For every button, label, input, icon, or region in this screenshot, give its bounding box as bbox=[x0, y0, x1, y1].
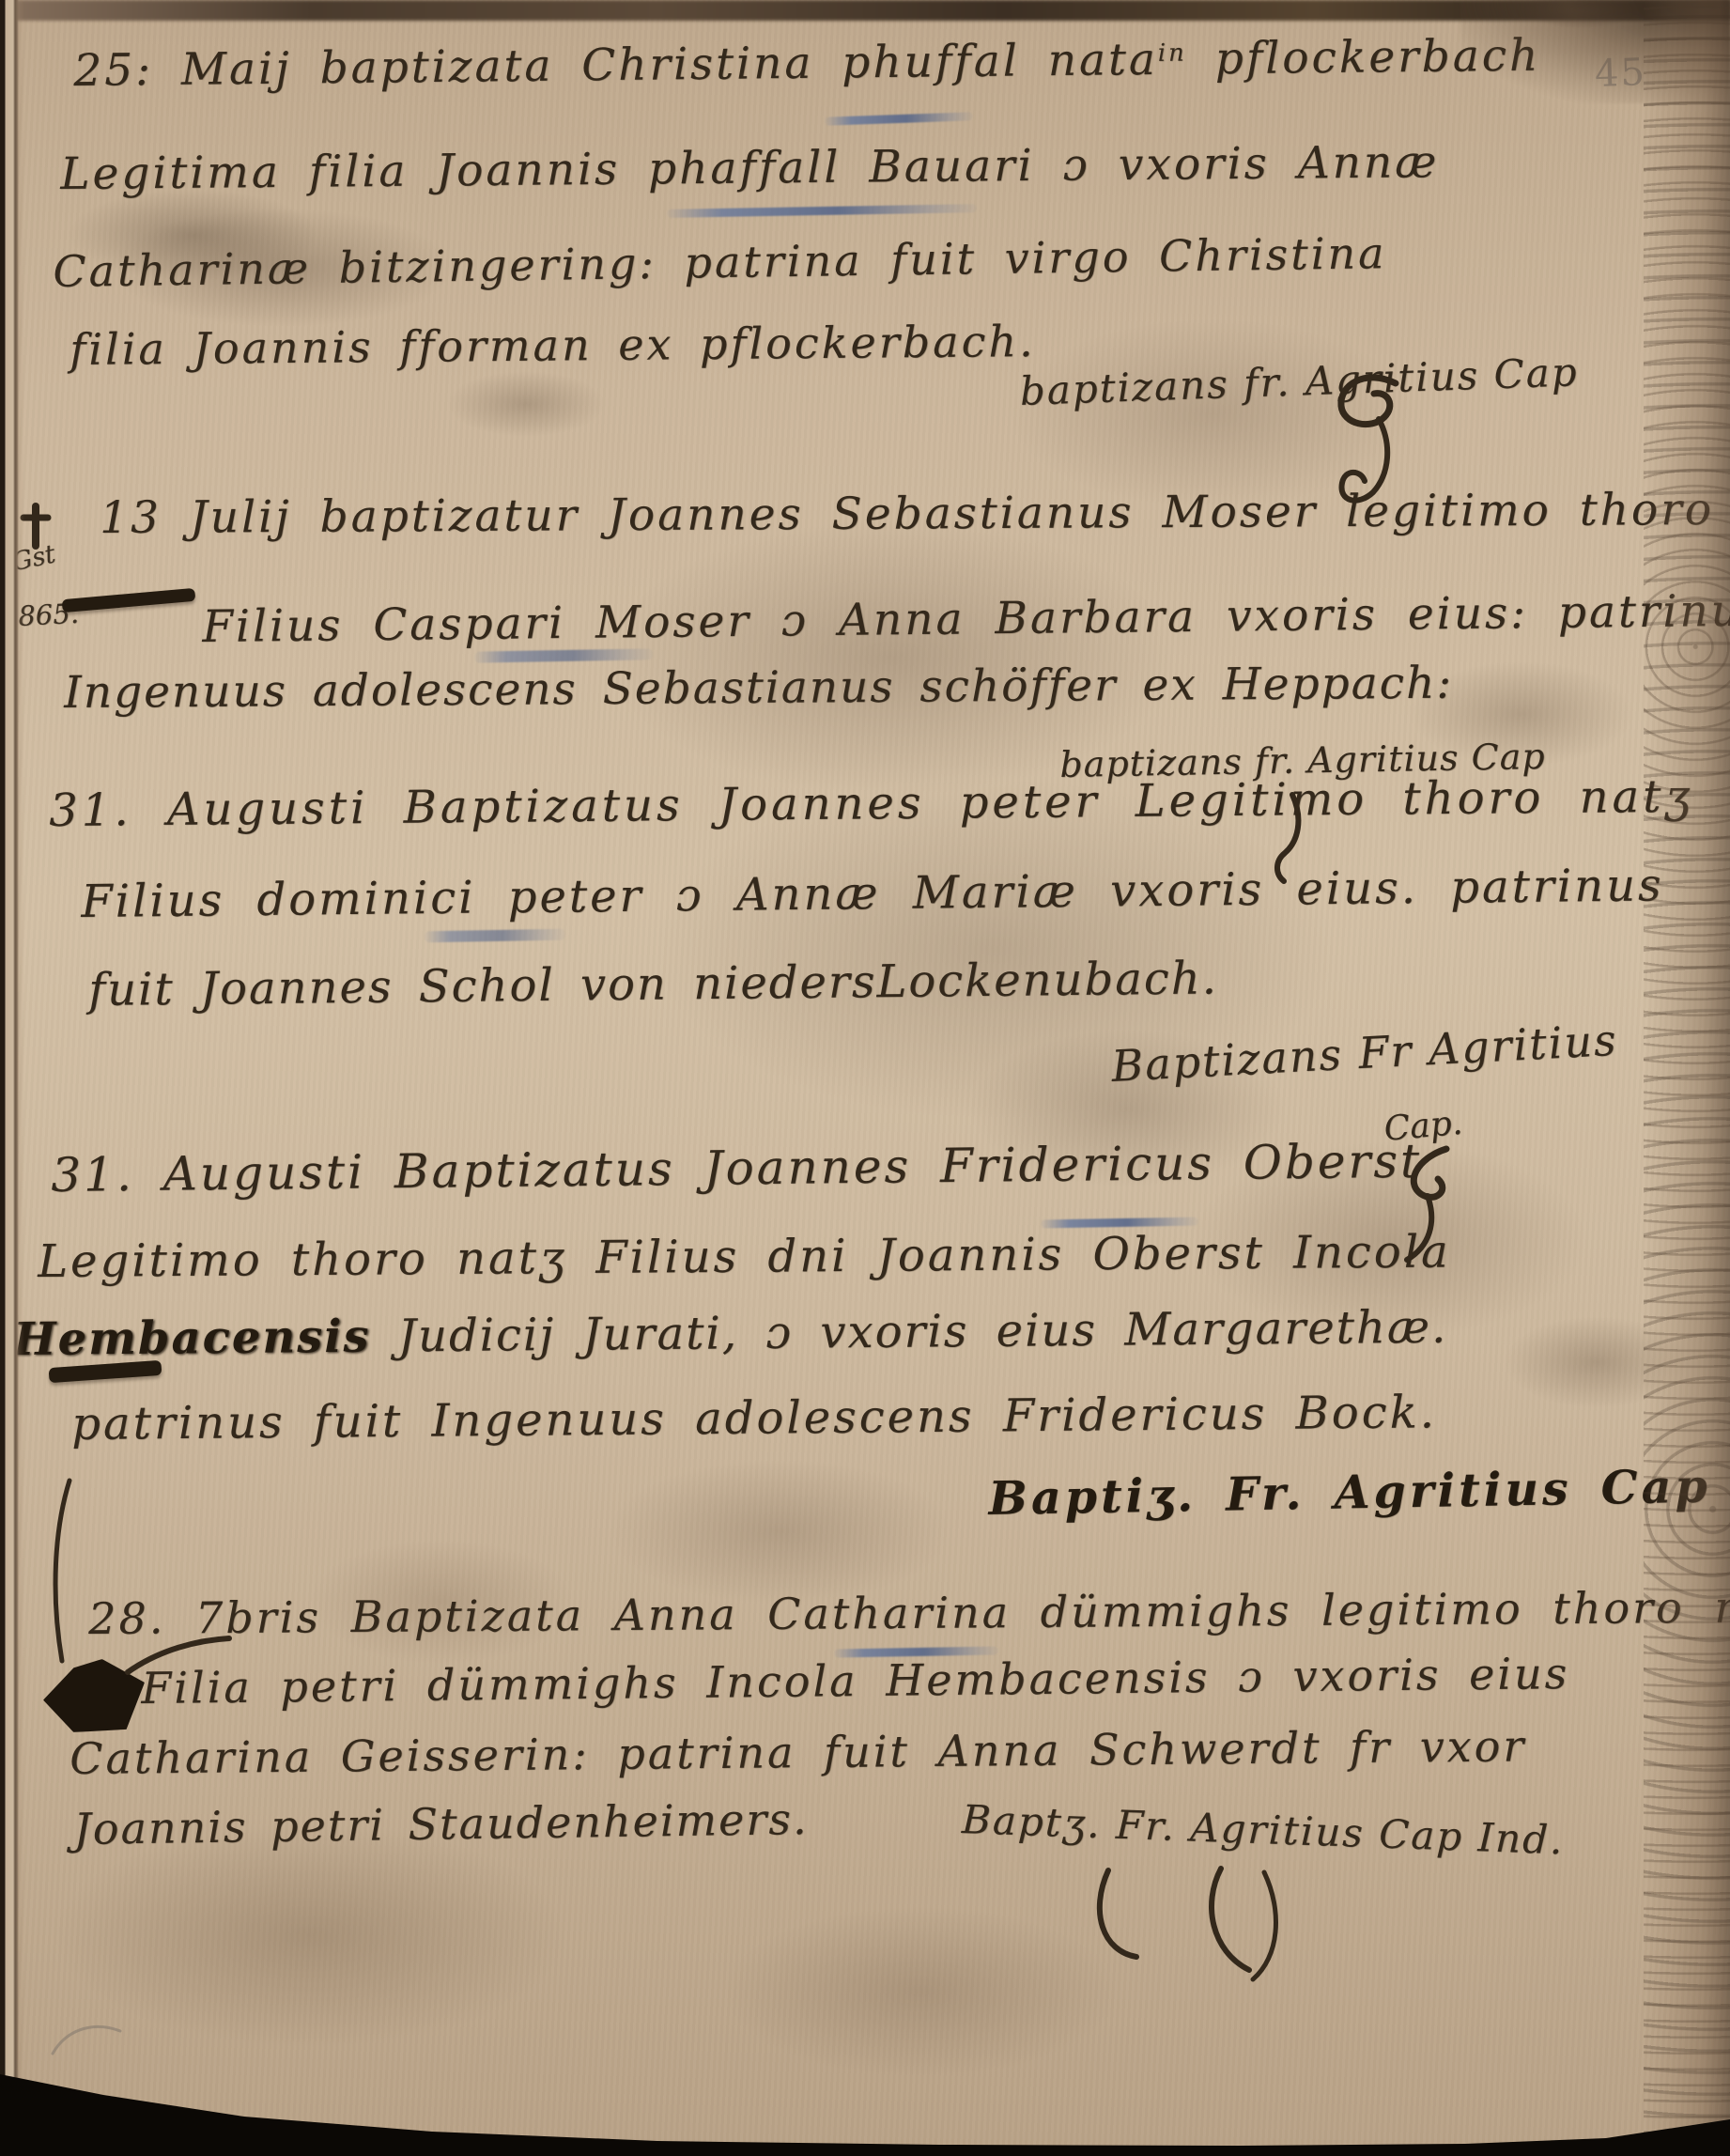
entry-5-line-2: Filia petri dümmighs Incola Hembacensis … bbox=[141, 1648, 1569, 1714]
entry-4-line-1: 31. Augusti Baptizatus Joannes Fridericu… bbox=[51, 1134, 1422, 1202]
entry-4-blotted-word: Hembacensis bbox=[13, 1311, 371, 1366]
entry-3-line-3: fuit Joannes Schol von niedersLockenubac… bbox=[88, 952, 1218, 1016]
entry-1-line-1-text2: pflockerbach bbox=[1186, 30, 1540, 85]
page-left-edge bbox=[0, 0, 24, 2156]
entry-5-line-4: Joannis petri Staudenheimers. bbox=[73, 1793, 809, 1854]
entry-4-closing: Baptiʒ. Fr. Agritius Cap bbox=[988, 1459, 1711, 1526]
blue-pencil-underline bbox=[825, 112, 973, 126]
entry-1-line-1: 25: Maij baptizata Christina phuffal nat… bbox=[73, 30, 1541, 97]
entry-3-line-1: 31. Augusti Baptizatus Joannes peter Leg… bbox=[49, 770, 1694, 837]
entry-2-line-1: 13 Julij baptizatur Joannes Sebastianus … bbox=[100, 483, 1730, 544]
page-number: 45 bbox=[1594, 51, 1646, 96]
manuscript-page: 45 25: Maij baptizata Christina phuffal … bbox=[0, 0, 1730, 2156]
entry-4-line-4: patrinus fuit Ingenuus adolescens Frider… bbox=[71, 1386, 1437, 1450]
entry-1-line-1-superscript: in bbox=[1158, 39, 1187, 67]
entry-5-line-3: Catharina Geisserin: patrina fuit Anna S… bbox=[70, 1720, 1527, 1784]
page-right-edge bbox=[1644, 0, 1730, 2156]
entry-1-line-3: Catharinæ bitzingering: patrina fuit vir… bbox=[53, 227, 1387, 297]
entry-5-line-1: 28. 7bris Baptizata Anna Catharina dümmi… bbox=[88, 1581, 1730, 1644]
entry-1-closing: baptizans fr. Agritius Cap bbox=[1019, 349, 1579, 414]
entry-1-line-4: filia Joannis fforman ex pflockerbach. bbox=[70, 316, 1036, 375]
blue-pencil-underline bbox=[474, 648, 653, 662]
entry-2-line-3: Ingenuus adolescens Sebastianus schöffer… bbox=[64, 658, 1453, 719]
entry-3-closing: Baptizans Fr Agritius bbox=[1110, 1015, 1619, 1092]
entry-1-line-2: Legitima filia Joannis phaffall Bauari ɔ… bbox=[60, 136, 1440, 200]
entry-3-line-2: Filius dominici peter ɔ Annæ Mariæ vxori… bbox=[81, 859, 1664, 928]
pencil-mark bbox=[49, 2018, 124, 2060]
entry-1-line-1-text: 25: Maij baptizata Christina phuffal nat… bbox=[73, 34, 1158, 97]
entry-5-closing: Baptʒ. Fr. Agritius Cap Ind. bbox=[961, 1796, 1565, 1863]
scan-background-corner bbox=[0, 2039, 1730, 2156]
ink-strikethrough bbox=[62, 588, 196, 613]
entry-2-margin-note: Gst bbox=[9, 539, 58, 577]
entry-4-line-2: Legitimo thoro natʒ Filius dni Joannis O… bbox=[38, 1225, 1451, 1288]
blue-pencil-underline bbox=[425, 929, 565, 943]
page-top-edge bbox=[0, 0, 1730, 21]
entry-4-line-3: Hembacensis Judicij Jurati, ɔ vxoris eiu… bbox=[13, 1301, 1447, 1366]
entry-2-line-2: Filius Caspari Moser ɔ Anna Barbara vxor… bbox=[202, 583, 1730, 653]
entry-4-line-3-text: Judicij Jurati, ɔ vxoris eius Margarethæ… bbox=[370, 1301, 1447, 1363]
pen-flourish bbox=[1080, 1865, 1305, 1987]
blue-pencil-underline bbox=[667, 204, 977, 218]
pen-flourish bbox=[45, 1477, 77, 1665]
